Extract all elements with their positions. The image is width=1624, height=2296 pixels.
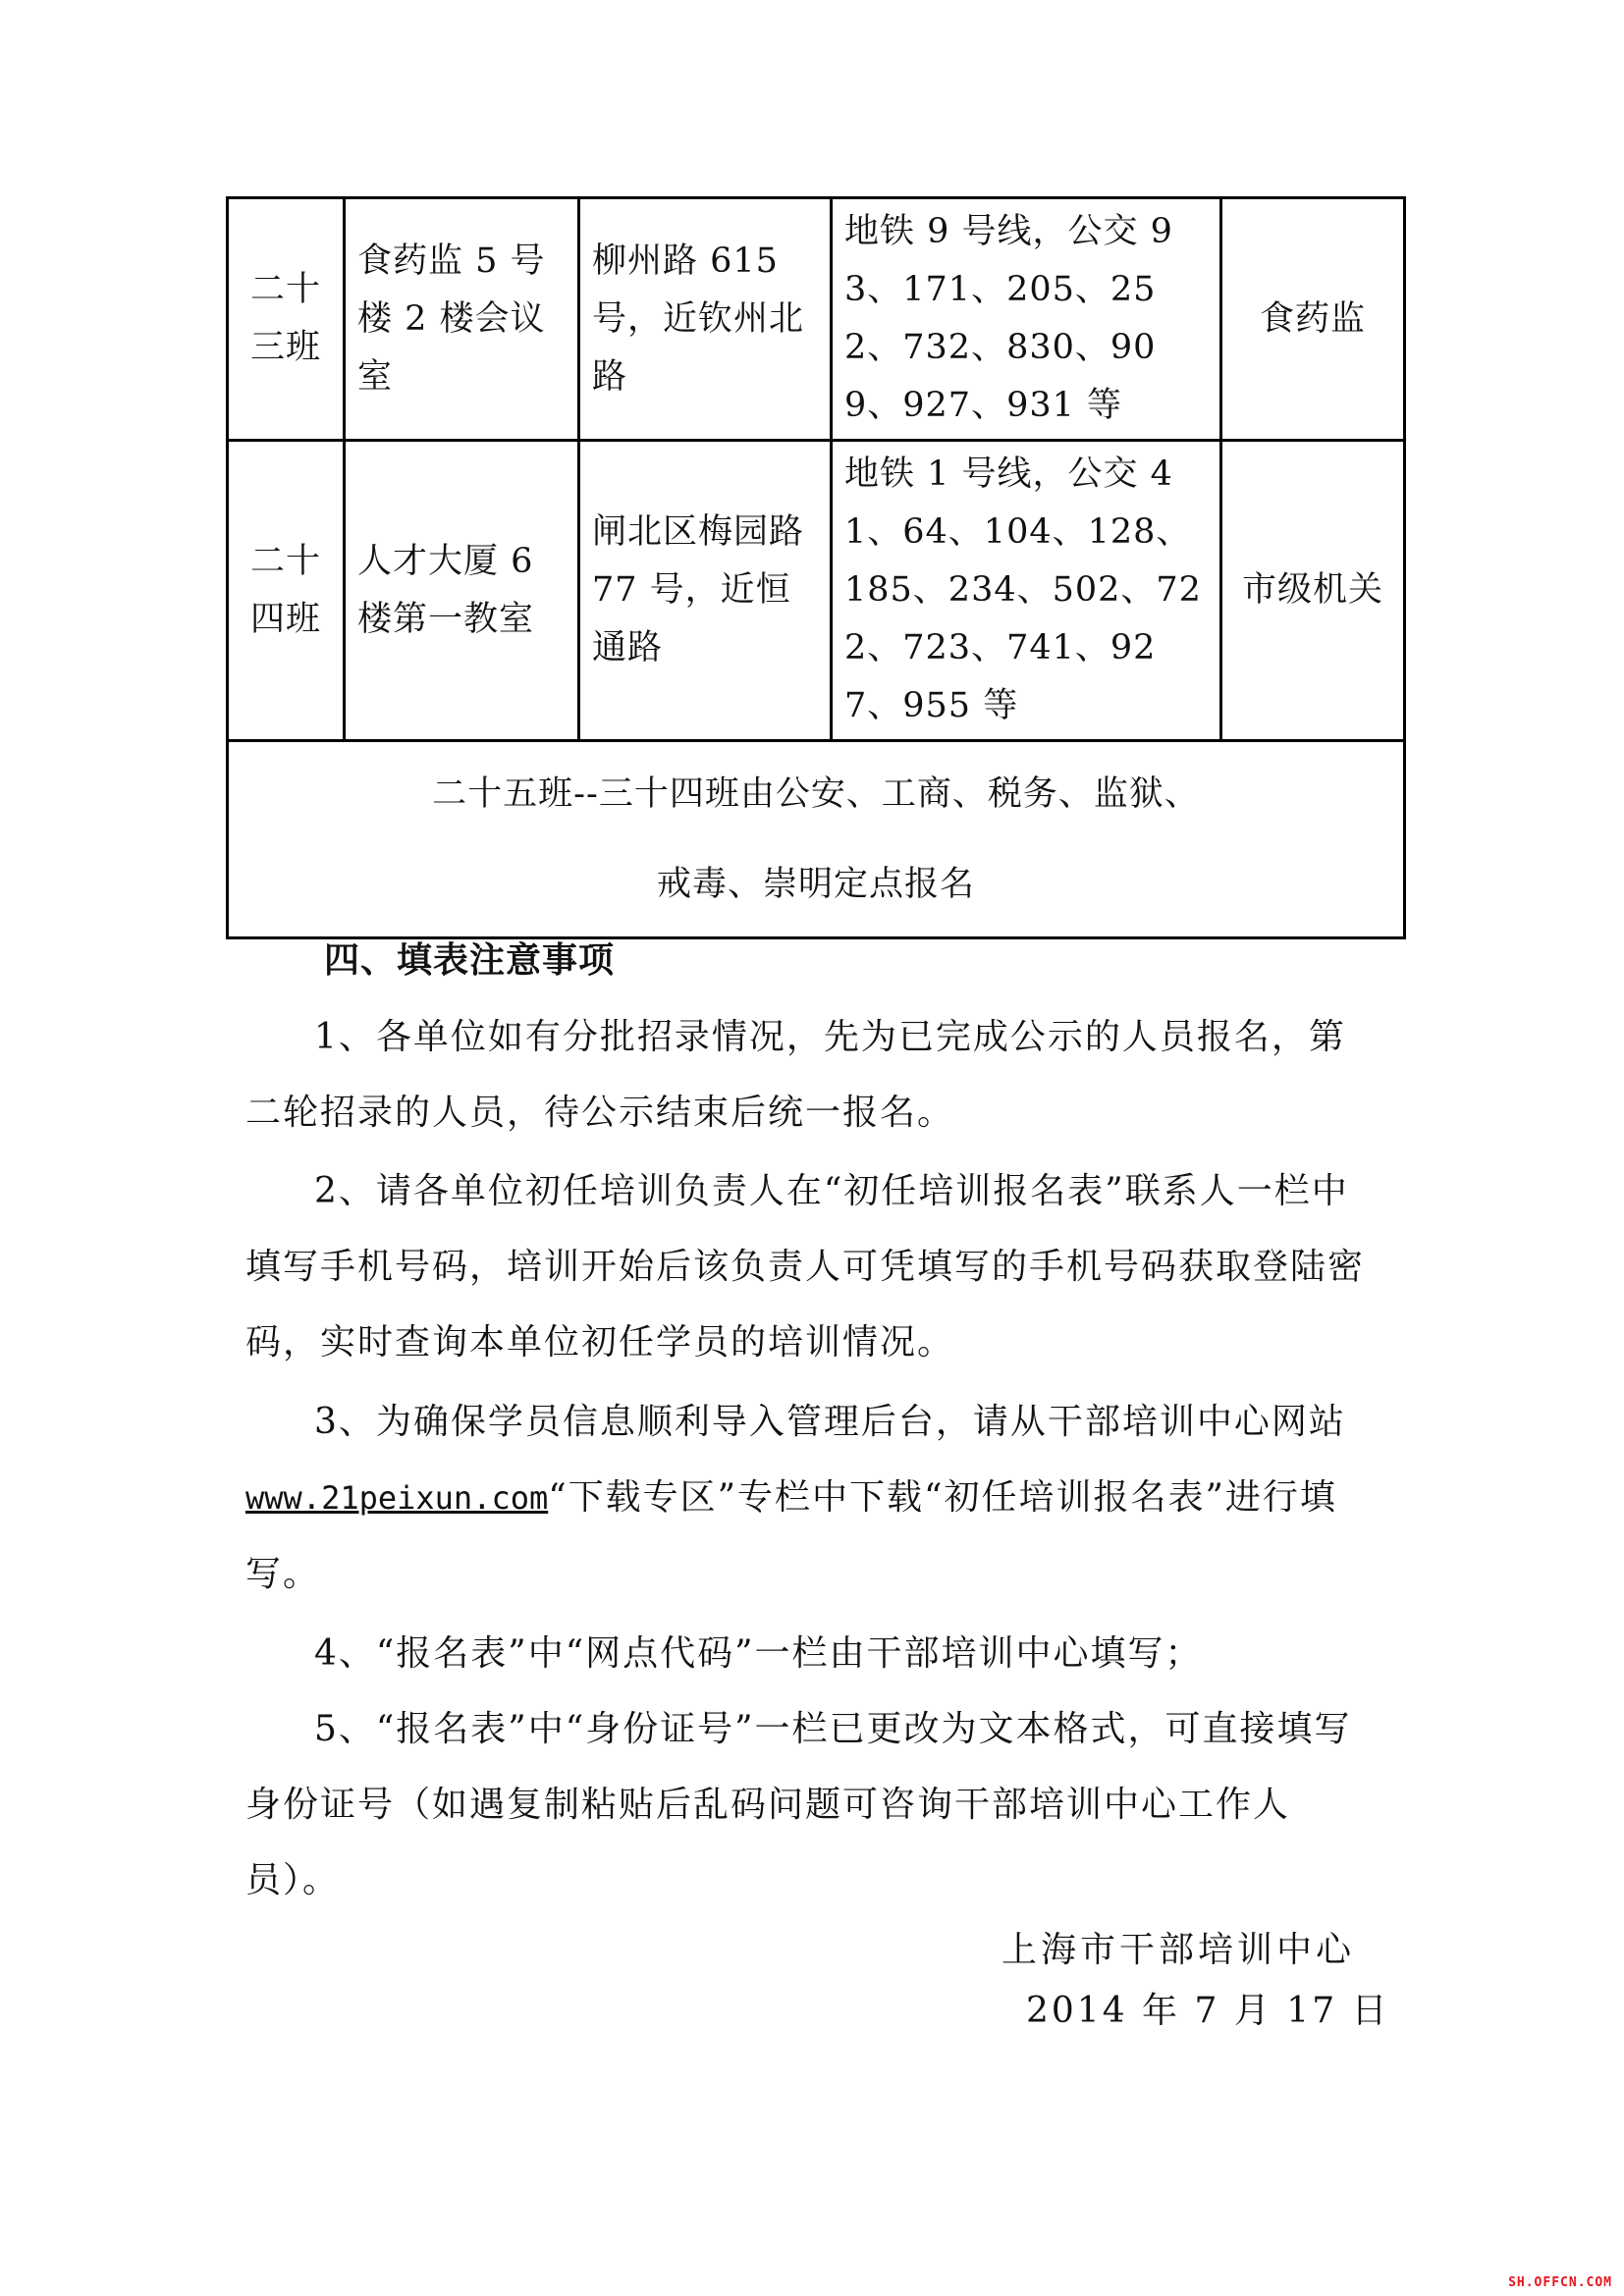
class-name-cell: 二十四班 [228, 441, 345, 741]
transport-cell: 地铁 1 号线，公交 41、64、104、128、185、234、502、722… [832, 441, 1221, 741]
table-row: 二十四班 人才大厦 6 楼第一教室 闸北区梅园路 77 号，近恒通路 地铁 1 … [228, 441, 1405, 741]
watermark: SH.OFFCN.COM [1508, 2275, 1612, 2290]
transport-cell: 地铁 9 号线，公交 93、171、205、252、732、830、909、92… [832, 198, 1221, 441]
notice-item-3-text-before: 3、为确保学员信息顺利导入管理后台，请从干部培训中心网站 [314, 1402, 1346, 1442]
venue-cell: 人才大厦 6 楼第一教室 [345, 441, 579, 741]
address-cell: 柳州路 615 号，近钦州北路 [579, 198, 832, 441]
notice-item-3: 3、为确保学员信息顺利导入管理后台，请从干部培训中心网站www.21peixun… [245, 1384, 1380, 1612]
signature-org: 上海市干部培训中心 [1001, 1922, 1355, 1972]
document-page: 二十三班 食药监 5 号楼 2 楼会议室 柳州路 615 号，近钦州北路 地铁 … [0, 0, 1624, 2296]
class-schedule-table: 二十三班 食药监 5 号楼 2 楼会议室 柳州路 615 号，近钦州北路 地铁 … [226, 196, 1406, 939]
section-heading: 四、填表注意事项 [324, 933, 615, 983]
merged-note-line-2: 戒毒、崇明定点报名 [241, 839, 1391, 930]
class-name-cell: 二十三班 [228, 198, 345, 441]
table-row-merged-note: 二十五班--三十四班由公安、工商、税务、监狱、 戒毒、崇明定点报名 [228, 741, 1405, 938]
website-link[interactable]: www.21peixun.com [245, 1479, 548, 1517]
notice-item-1: 1、各单位如有分批招录情况，先为已完成公示的人员报名，第二轮招录的人员，待公示结… [245, 999, 1380, 1150]
table-row: 二十三班 食药监 5 号楼 2 楼会议室 柳州路 615 号，近钦州北路 地铁 … [228, 198, 1405, 441]
venue-cell: 食药监 5 号楼 2 楼会议室 [345, 198, 579, 441]
merged-note-cell: 二十五班--三十四班由公安、工商、税务、监狱、 戒毒、崇明定点报名 [228, 741, 1405, 938]
notice-item-4: 4、“报名表”中“网点代码”一栏由干部培训中心填写； [245, 1616, 1380, 1691]
notice-item-2: 2、请各单位初任培训负责人在“初任培训报名表”联系人一栏中填写手机号码，培训开始… [245, 1153, 1380, 1380]
address-cell: 闸北区梅园路 77 号，近恒通路 [579, 441, 832, 741]
signature-date: 2014 年 7 月 17 日 [1026, 1983, 1390, 2033]
unit-cell: 食药监 [1221, 198, 1405, 441]
unit-cell: 市级机关 [1221, 441, 1405, 741]
merged-note-line-1: 二十五班--三十四班由公安、工商、税务、监狱、 [241, 749, 1391, 839]
notice-item-5: 5、“报名表”中“身份证号”一栏已更改为文本格式，可直接填写身份证号（如遇复制粘… [245, 1691, 1380, 1918]
